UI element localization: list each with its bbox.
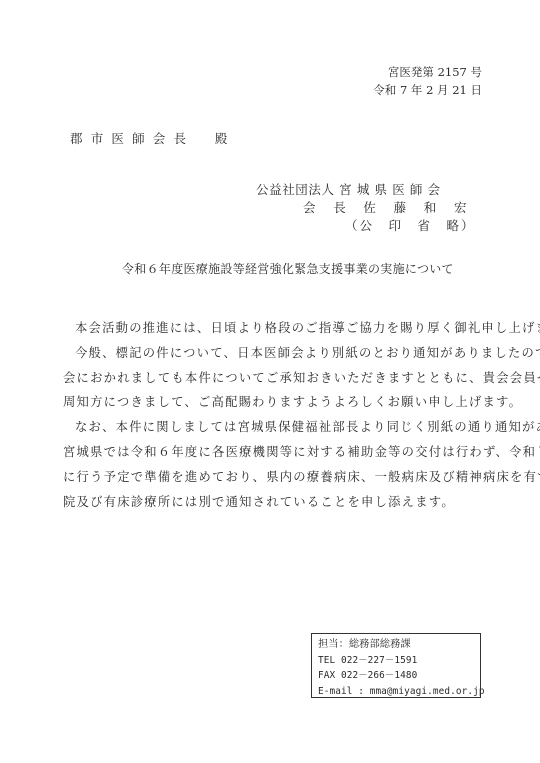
body-line: 宮城県では令和６年度に各医療機関等に対する補助金等の交付は行わず、令和７年度 — [63, 442, 540, 460]
contact-box: 担当：総務部総務課 TEL 022－227－1591 FAX 022－266－1… — [311, 633, 481, 698]
contact-fax: FAX 022－266－1480 — [318, 668, 474, 684]
body-line: 周知方につきまして、ご高配賜わりますようよろしくお願い申し上げます。 — [63, 392, 522, 410]
seal-omitted-note: （公 印 省 略） — [345, 216, 476, 234]
body-line: 今般、標記の件について、日本医師会より別紙のとおり通知がありましたので、貴 — [75, 343, 540, 361]
body-line: 本会活動の推進には、日頃より格段のご指導ご協力を賜り厚く御礼申し上げます。 — [75, 318, 540, 336]
addressee: 郡市医師会長 殿 — [70, 129, 236, 147]
body-line: 会におかれましても本件についてご承知おきいただきますとともに、貴会会員へのご — [63, 368, 540, 386]
document-date: 令和 7 年 2 月 21 日 — [373, 82, 482, 98]
sender-organization: 公益社団法人 宮 城 県 医 師 会 — [256, 180, 441, 198]
document-title: 令和６年度医療施設等経営強化緊急支援事業の実施について — [122, 260, 454, 277]
body-line: に行う予定で準備を進めており、県内の療養病床、一般病床及び精神病床を有する病 — [63, 467, 540, 485]
contact-tel: TEL 022－227－1591 — [318, 653, 474, 669]
contact-department: 担当：総務部総務課 — [318, 637, 474, 653]
document-number: 宮医発第 2157 号 — [388, 64, 482, 80]
sender-representative: 会 長 佐 藤 和 宏 — [303, 198, 469, 216]
contact-email: E-mail : mma@miyagi.med.or.jp — [318, 684, 474, 700]
body-line: なお、本件に関しましては宮城県保健福祉部長より同じく別紙の通り通知があり、 — [75, 417, 540, 435]
body-line: 院及び有床診療所には別で通知されていることを申し添えます。 — [63, 492, 455, 510]
